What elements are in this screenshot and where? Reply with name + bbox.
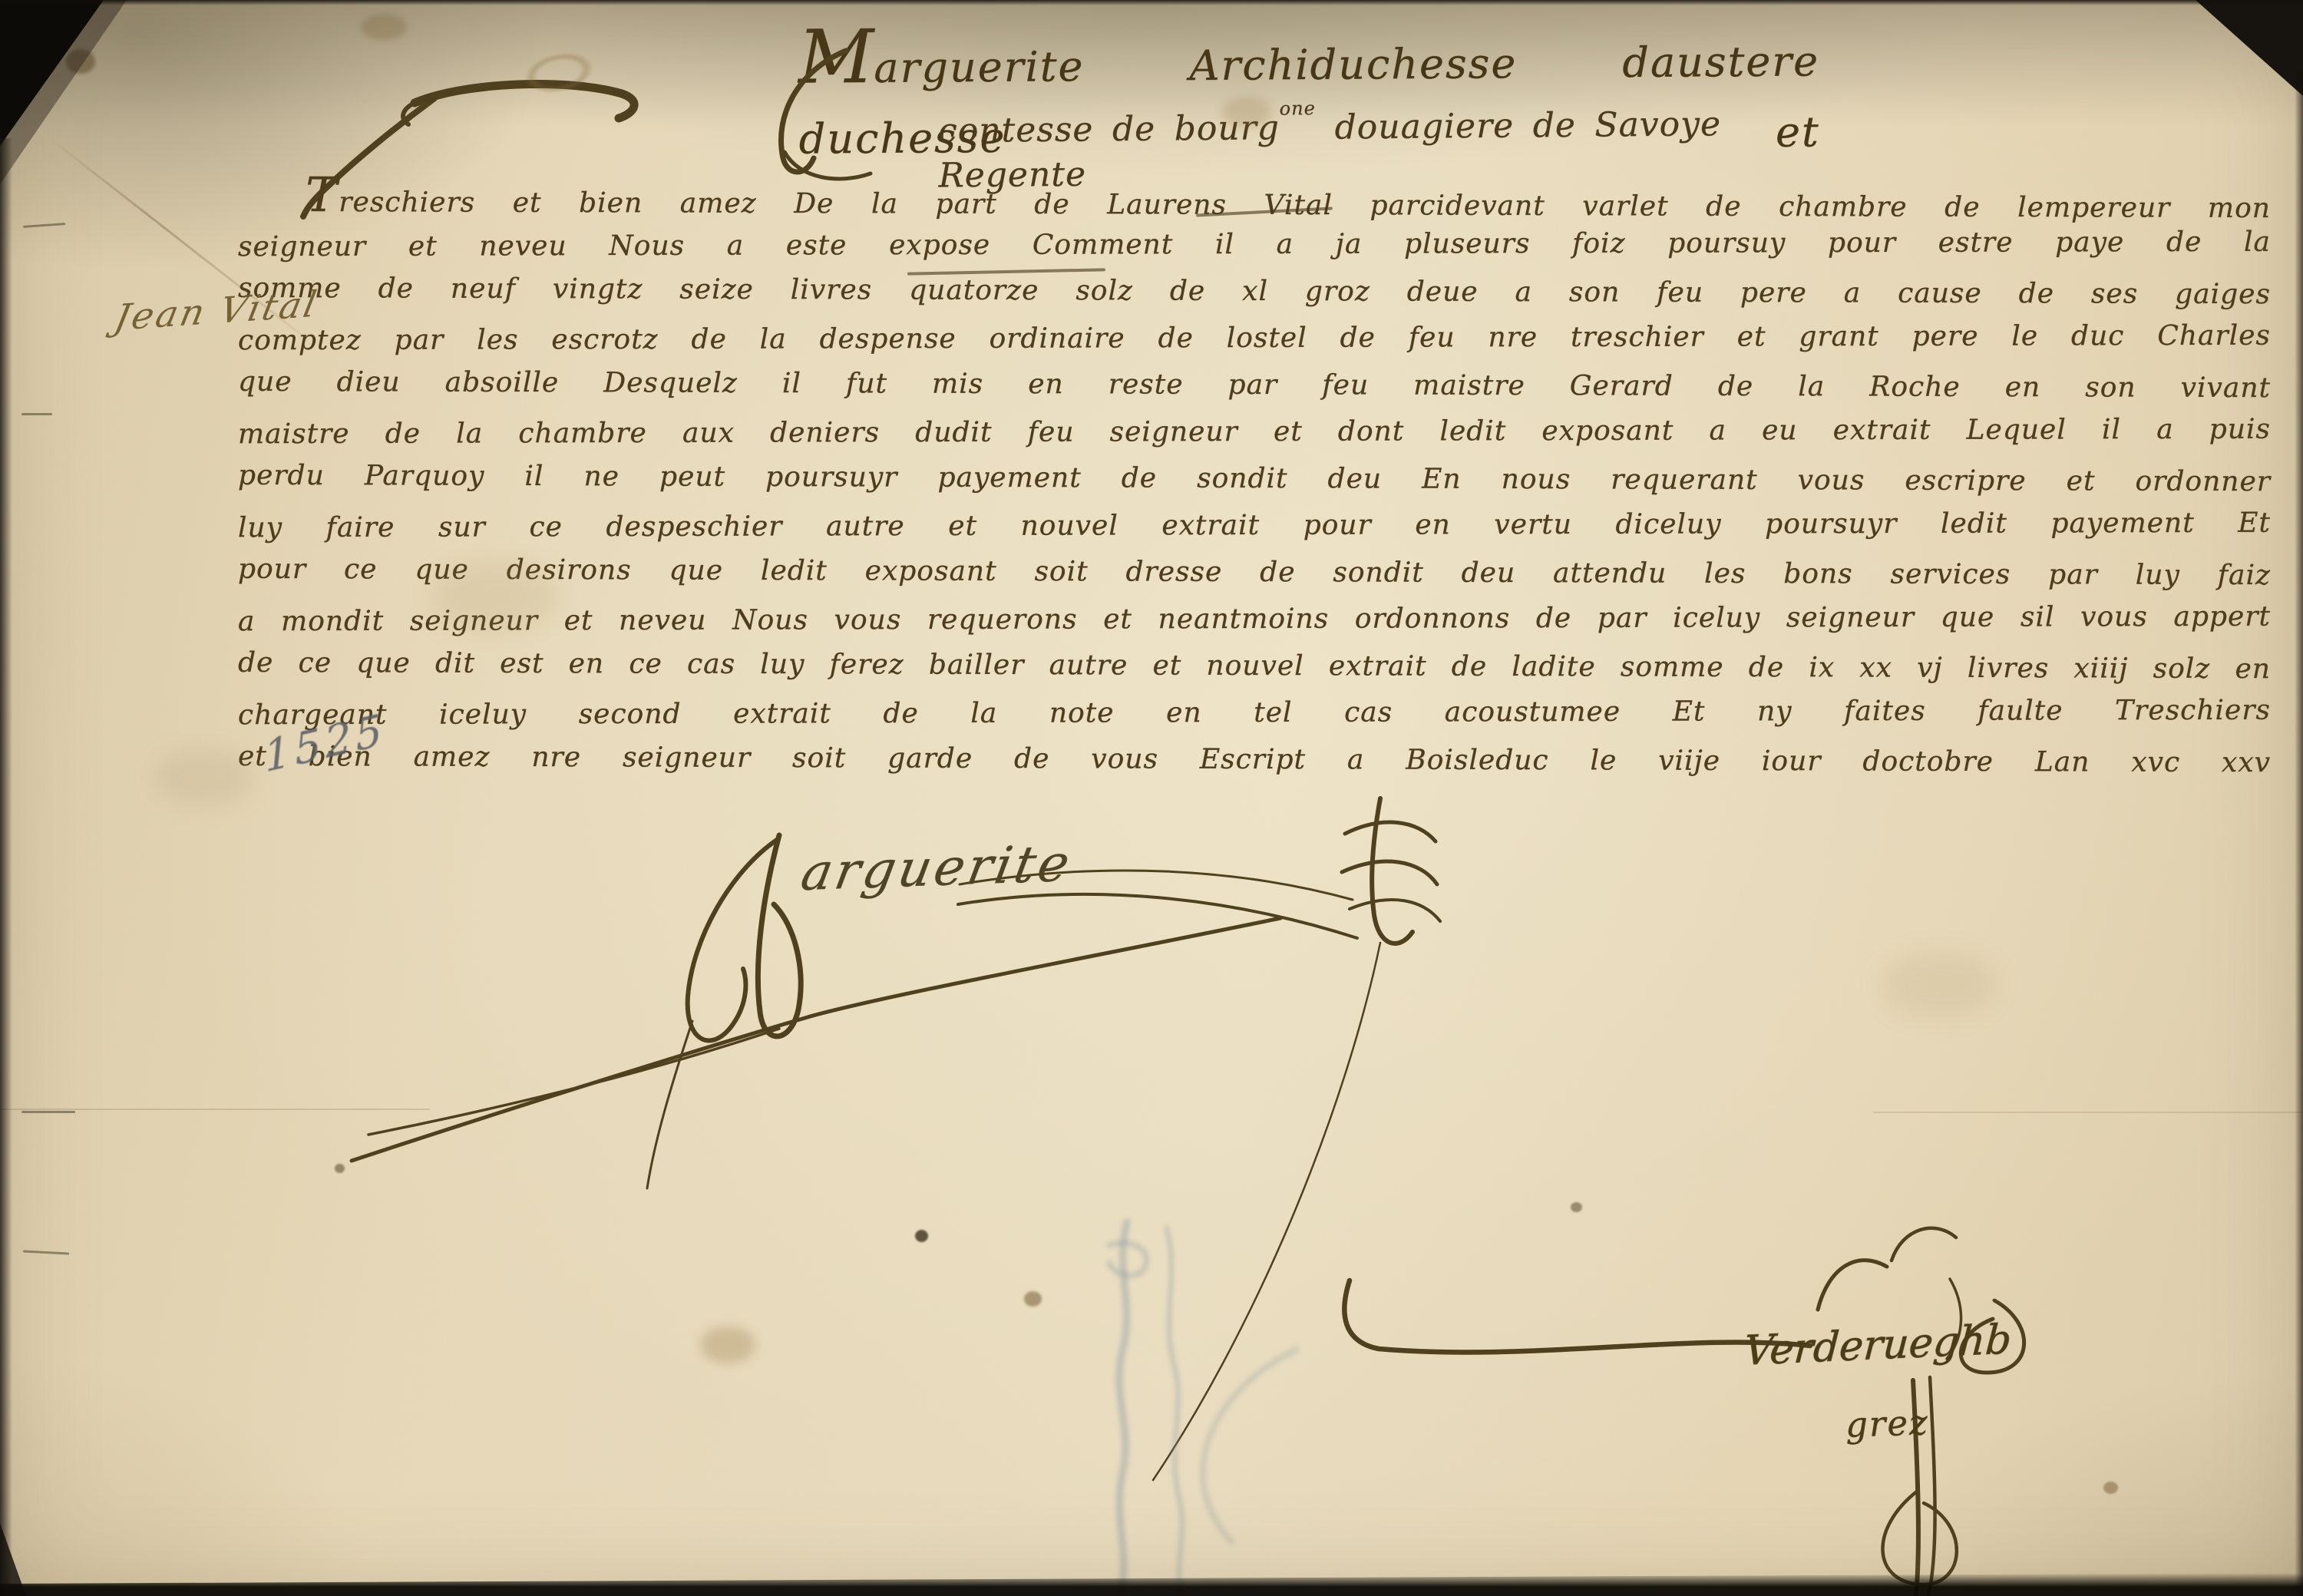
scan-edge-right bbox=[2295, 69, 2303, 1596]
scan-edge-left bbox=[0, 138, 12, 1596]
ink-bleedthrough bbox=[0, 0, 2303, 1596]
scan-edge-top bbox=[0, 0, 2303, 5]
edge-tick-mark bbox=[21, 1111, 75, 1113]
manuscript-scan: Marguerite Archiduchesse daustere duches… bbox=[0, 0, 2303, 1596]
edge-tick-mark bbox=[21, 413, 52, 415]
